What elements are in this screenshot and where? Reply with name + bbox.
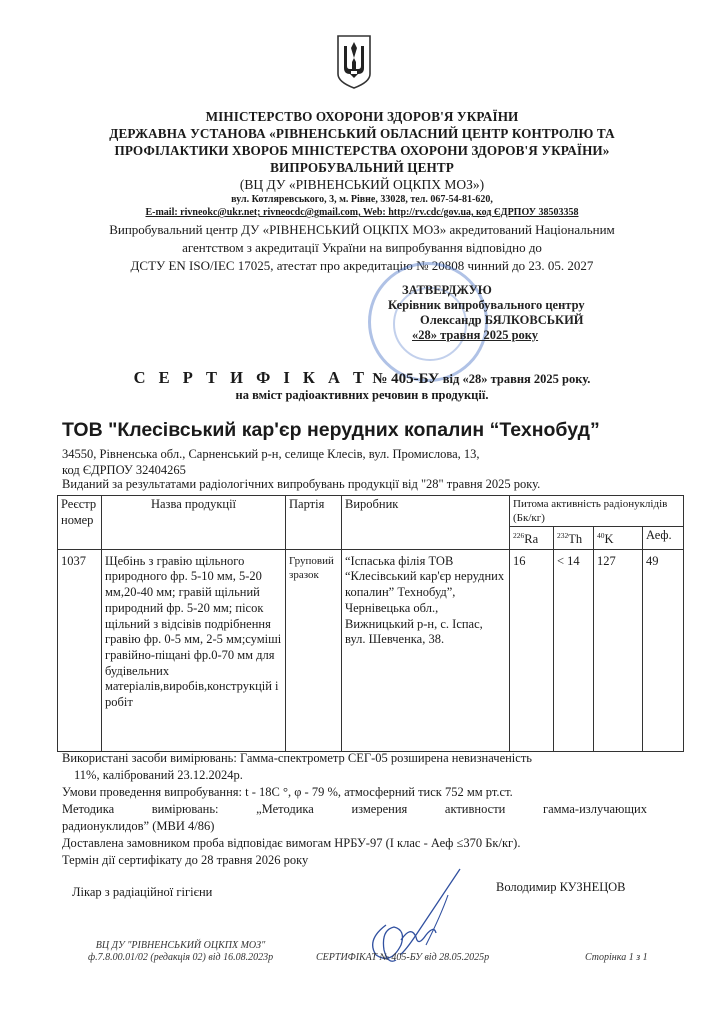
header-aef: Аеф. xyxy=(643,527,684,550)
approval-name: Олександр БЯЛКОВСЬКИЙ xyxy=(400,313,585,328)
method-line-2: радионуклидов” (МВИ 4/86) xyxy=(62,818,662,835)
footer-left: ВЦ ДУ "РІВНЕНСЬКИЙ ОЦКПХ МОЗ" ф.7.8.00.0… xyxy=(88,940,273,964)
cell-aef: 49 xyxy=(643,549,684,751)
institution-address: вул. Котляревського, 3, м. Рівне, 33028,… xyxy=(0,193,724,207)
header-k: 40K xyxy=(594,527,643,550)
signatory-name: Володимир КУЗНЕЦОВ xyxy=(496,880,626,895)
cell-k: 127 xyxy=(594,549,643,751)
header-product: Назва продукції xyxy=(102,496,286,550)
table-header-row: Реєстр номер Назва продукції Партія Виро… xyxy=(58,496,684,527)
compliance-statement: Доставлена замовником проба відповідає в… xyxy=(62,835,662,852)
company-address: 34550, Рівненська обл., Сарненський р-н,… xyxy=(62,446,480,462)
footer-org: ВЦ ДУ "РІВНЕНСЬКИЙ ОЦКПХ МОЗ" xyxy=(88,940,273,952)
testing-center-title: ВИПРОБУВАЛЬНИЙ ЦЕНТР xyxy=(0,159,724,176)
institution-line-1: ДЕРЖАВНА УСТАНОВА «РІВНЕНСЬКИЙ ОБЛАСНИЙ … xyxy=(0,125,724,142)
company-name: ТОВ "Клесівський кар'єр нерудних копалин… xyxy=(62,419,600,442)
issued-statement: Виданий за результатами радіологічних ви… xyxy=(62,477,540,492)
results-table: Реєстр номер Назва продукції Партія Виро… xyxy=(57,495,684,752)
cell-producer: “Іспаська філія ТОВ “Клесівський кар'єр … xyxy=(342,549,510,751)
header-ra: 226Ra xyxy=(510,527,554,550)
institution-abbr: (ВЦ ДУ «РІВНЕНСЬКИЙ ОЦКПХ МОЗ») xyxy=(0,176,724,193)
footer-form: ф.7.8.00.01/02 (редакція 02) від 16.08.2… xyxy=(88,952,273,964)
header-batch: Партія xyxy=(286,496,342,550)
approval-title: ЗАТВЕРДЖУЮ xyxy=(400,283,585,298)
accreditation-line-3: ДСТУ EN ISO/IEC 17025, атестат про акред… xyxy=(0,256,724,275)
institution-contacts[interactable]: E-mail: rivneokc@ukr.net; rivneocdc@gmai… xyxy=(0,206,724,220)
ministry-name: МІНІСТЕРСТВО ОХОРОНИ ЗДОРОВ'Я УКРАЇНИ xyxy=(0,108,724,125)
header-th: 232Th xyxy=(554,527,594,550)
accreditation-line-2: агентством з акредитації України на випр… xyxy=(0,238,724,257)
header-activity: Питома активність радіонуклідів (Бк/кг) xyxy=(510,496,684,527)
certificate-title: С Е Р Т И Ф І К А Т № 405-БУ від «28» тр… xyxy=(0,368,724,388)
certificate-subtitle: на вміст радіоактивних речовин в продукц… xyxy=(0,388,724,403)
table-row: 1037 Щебінь з гравію щільного природного… xyxy=(58,549,684,751)
company-address-block: 34550, Рівненська обл., Сарненський р-н,… xyxy=(62,446,480,478)
ukraine-trident-emblem-icon xyxy=(334,34,374,90)
cell-th: < 14 xyxy=(554,549,594,751)
equipment-line-2: 11%, калібрований 23.12.2024р. xyxy=(62,767,662,784)
notes-block: Використані засоби вимірювань: Гамма-спе… xyxy=(62,750,662,869)
header-producer: Виробник xyxy=(342,496,510,550)
approval-date: «28» травня 2025 року xyxy=(400,328,585,343)
certificate-date: від «28» травня 2025 року. xyxy=(443,372,591,386)
cell-reg: 1037 xyxy=(58,549,102,751)
footer-cert: СЕРТИФІКАТ № 405-БУ від 28.05.2025р xyxy=(316,952,489,964)
company-code: код ЄДРПОУ 32404265 xyxy=(62,462,480,478)
method-line-1: Методикавимірювань:„Методикаизмеренияакт… xyxy=(62,801,647,818)
equipment-line-1: Використані засоби вимірювань: Гамма-спе… xyxy=(62,750,662,767)
cell-product: Щебінь з гравію щільного природного фр. … xyxy=(102,549,286,751)
conditions: Умови проведення випробування: t - 18C °… xyxy=(62,784,662,801)
approval-block: ЗАТВЕРДЖУЮ Керівник випробувального цент… xyxy=(400,283,585,343)
certificate-word: С Е Р Т И Ф І К А Т xyxy=(134,368,369,387)
signatory-role: Лікар з радіаційної гігієни xyxy=(72,885,212,900)
institution-line-2: ПРОФІЛАКТИКИ ХВОРОБ МІНІСТЕРСТВА ОХОРОНИ… xyxy=(0,142,724,159)
cell-batch: Груповий зразок xyxy=(286,549,342,751)
cell-ra: 16 xyxy=(510,549,554,751)
certificate-number: № 405-БУ xyxy=(372,371,439,387)
header-reg: Реєстр номер xyxy=(58,496,102,550)
footer-page: Сторінка 1 з 1 xyxy=(585,952,648,964)
accreditation-line-1: Випробувальний центр ДУ «РІВНЕНСЬКИЙ ОЦК… xyxy=(0,220,724,239)
approval-position: Керівник випробувального центру xyxy=(388,298,585,313)
